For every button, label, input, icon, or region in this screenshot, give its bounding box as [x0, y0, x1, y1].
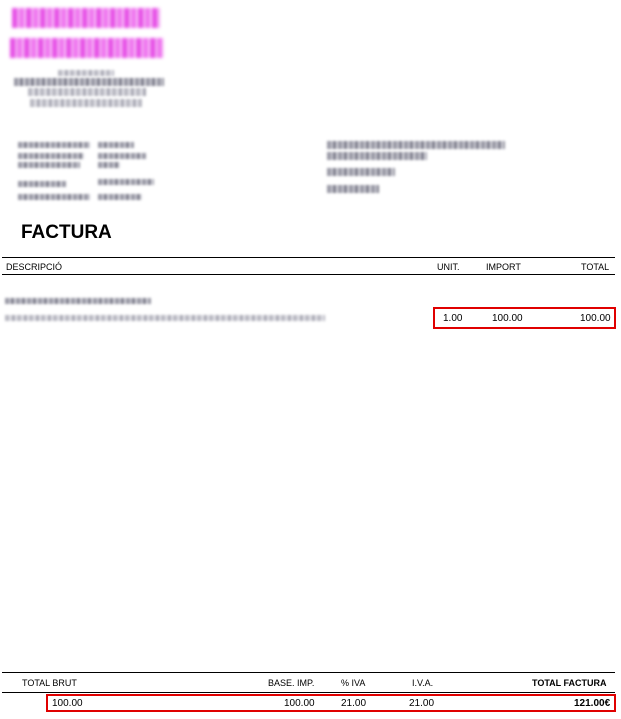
header-import: IMPORT: [486, 262, 521, 272]
client-line-4: [327, 185, 379, 193]
meta-value-1: [98, 142, 134, 148]
base-imp-value: 100.00: [284, 698, 315, 709]
row-import: 100.00: [492, 313, 523, 324]
meta-label-4: [18, 181, 66, 187]
company-address-line-4: [30, 99, 142, 107]
company-address-line-2: [14, 78, 164, 86]
company-address-line-3: [28, 88, 146, 96]
row-description: [5, 315, 325, 321]
meta-label-2: [18, 153, 84, 159]
meta-label-3: [18, 162, 80, 168]
header-iva: I.V.A.: [412, 678, 433, 688]
company-logo-line-1: [12, 8, 160, 28]
row-unit: 1.00: [443, 313, 462, 324]
header-total-factura: TOTAL FACTURA: [532, 678, 607, 688]
total-factura-value: 121.00€: [574, 698, 610, 709]
header-pct-iva: % IVA: [341, 678, 365, 688]
totals-top-border: [2, 672, 615, 673]
total-brut-value: 100.00: [52, 698, 83, 709]
meta-value-4: [98, 179, 154, 185]
meta-value-3: [98, 162, 120, 168]
client-line-2: [327, 152, 427, 160]
client-line-1: [327, 141, 505, 149]
header-unit: UNIT.: [437, 262, 460, 272]
document-title: FACTURA: [21, 222, 112, 244]
totals-highlight: [46, 694, 616, 712]
header-total: TOTAL: [581, 262, 609, 272]
row-description-title: [5, 298, 151, 304]
meta-value-2: [98, 153, 146, 159]
table-top-border: [2, 257, 615, 258]
meta-label-1: [18, 142, 90, 148]
totals-header-border: [2, 692, 615, 693]
meta-value-5: [98, 194, 142, 200]
table-header-border: [2, 274, 615, 275]
client-line-3: [327, 168, 395, 176]
header-total-brut: TOTAL BRUT: [22, 678, 77, 688]
header-base-imp: BASE. IMP.: [268, 678, 314, 688]
header-description: DESCRIPCIÓ: [6, 262, 62, 272]
meta-label-5: [18, 194, 90, 200]
company-address-line-1: [58, 70, 114, 76]
company-logo-line-2: [10, 38, 164, 58]
row-total: 100.00: [580, 313, 611, 324]
pct-iva-value: 21.00: [341, 698, 366, 709]
iva-value: 21.00: [409, 698, 434, 709]
